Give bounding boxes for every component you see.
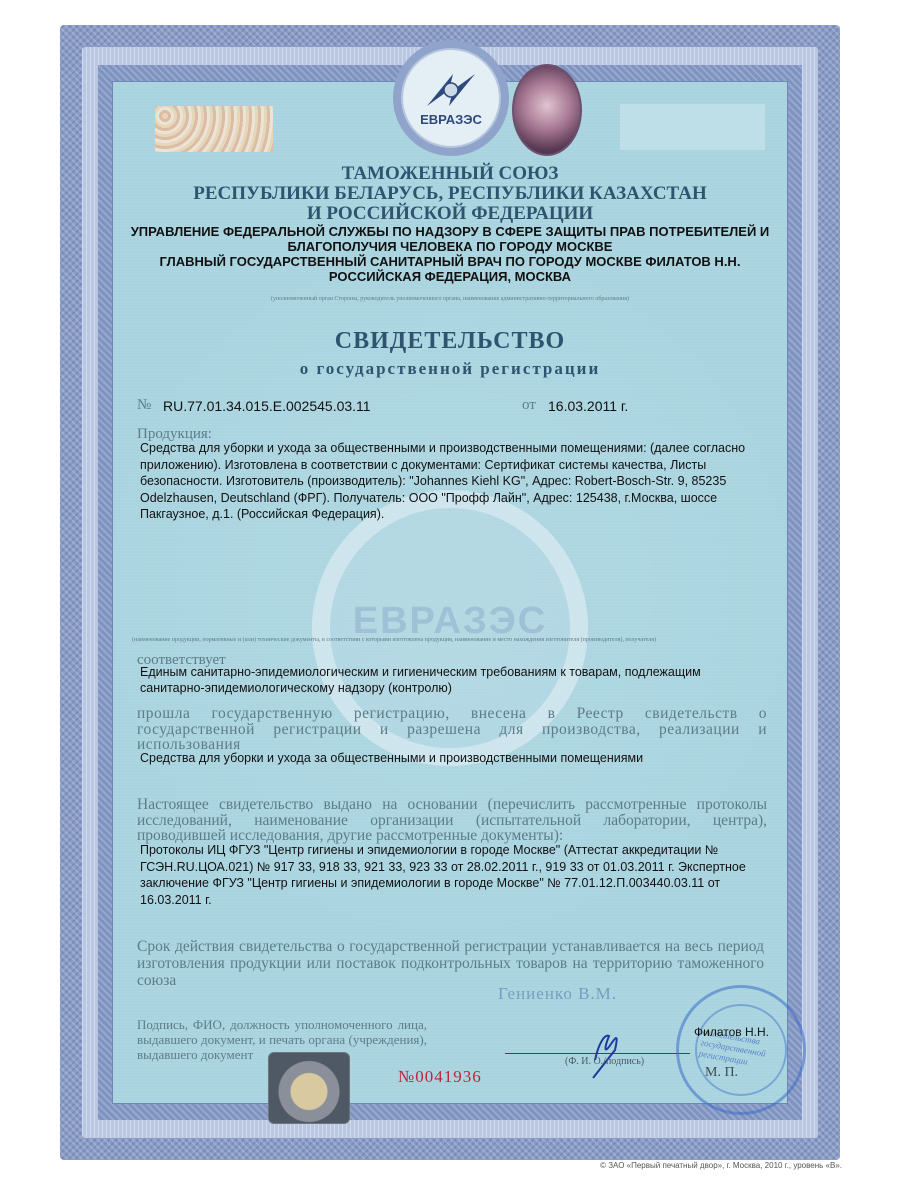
union-line: РЕСПУБЛИКИ БЕЛАРУСЬ, РЕСПУБЛИКИ КАЗАХСТА…	[0, 184, 900, 204]
registration-number: RU.77.01.34.015.E.002545.03.11	[163, 398, 371, 414]
signer-name: Филатов Н.Н.	[694, 1025, 769, 1039]
evrazes-logo-icon	[423, 70, 479, 110]
document-title: СВИДЕТЕЛЬСТВО	[0, 328, 900, 355]
usage-text: Средства для уборки и ухода за обществен…	[140, 751, 643, 765]
date-label: от	[522, 397, 536, 414]
product-caption: (наименование продукции, нормативные и (…	[132, 637, 772, 643]
authority-line: ГЛАВНЫЙ ГОСУДАРСТВЕННЫЙ САНИТАРНЫЙ ВРАЧ …	[0, 254, 900, 269]
document-subtitle: о государственной регистрации	[0, 359, 900, 379]
basis-text: Настоящее свидетельство выдано на основа…	[137, 797, 767, 844]
faded-panel	[620, 104, 765, 150]
product-description: Средства для уборки и ухода за обществен…	[140, 440, 765, 523]
union-line: ТАМОЖЕННЫЙ СОЮЗ	[0, 164, 900, 184]
emblem-label: ЕВРАЗЭС	[420, 112, 482, 127]
union-header: ТАМОЖЕННЫЙ СОЮЗ РЕСПУБЛИКИ БЕЛАРУСЬ, РЕС…	[0, 164, 900, 224]
hologram-strip	[155, 106, 273, 152]
registration-status-text: прошла государственную регистрацию, внес…	[137, 706, 767, 753]
registration-date: 16.03.2011 г.	[548, 398, 628, 414]
validity-text: Срок действия свидетельства о государств…	[137, 938, 764, 989]
hologram-sticker	[268, 1052, 350, 1124]
authority-line: РОССИЙСКАЯ ФЕДЕРАЦИЯ, МОСКВА	[0, 269, 900, 284]
authority-caption: (уполномоченный орган Стороны, руководит…	[0, 296, 900, 302]
authority-line: УПРАВЛЕНИЕ ФЕДЕРАЛЬНОЙ СЛУЖБЫ ПО НАДЗОРУ…	[0, 224, 900, 239]
evrazes-emblem: ЕВРАЗЭС	[393, 40, 509, 156]
number-label: №	[137, 397, 151, 414]
printer-note: © ЗАО «Первый печатный двор», г. Москва,…	[600, 1161, 842, 1170]
signature-icon	[575, 1020, 635, 1080]
name-stamp: Гениенко В.М.	[498, 984, 617, 1004]
authority-line: БЛАГОПОЛУЧИЯ ЧЕЛОВЕКА ПО ГОРОДУ МОСКВЕ	[0, 239, 900, 254]
hologram-seal	[512, 64, 582, 156]
basis-documents: Протоколы ИЦ ФГУЗ "Центр гигиены и эпиде…	[140, 842, 765, 908]
authority-header: УПРАВЛЕНИЕ ФЕДЕРАЛЬНОЙ СЛУЖБЫ ПО НАДЗОРУ…	[0, 224, 900, 284]
signature-field-caption: (Ф. И. О./подпись)	[565, 1056, 644, 1067]
form-number: №0041936	[398, 1067, 482, 1087]
conformity-text: Единым санитарно-эпидемиологическим и ги…	[140, 664, 740, 696]
seal-label: М. П.	[705, 1065, 738, 1081]
union-line: И РОССИЙСКОЙ ФЕДЕРАЦИИ	[0, 204, 900, 224]
